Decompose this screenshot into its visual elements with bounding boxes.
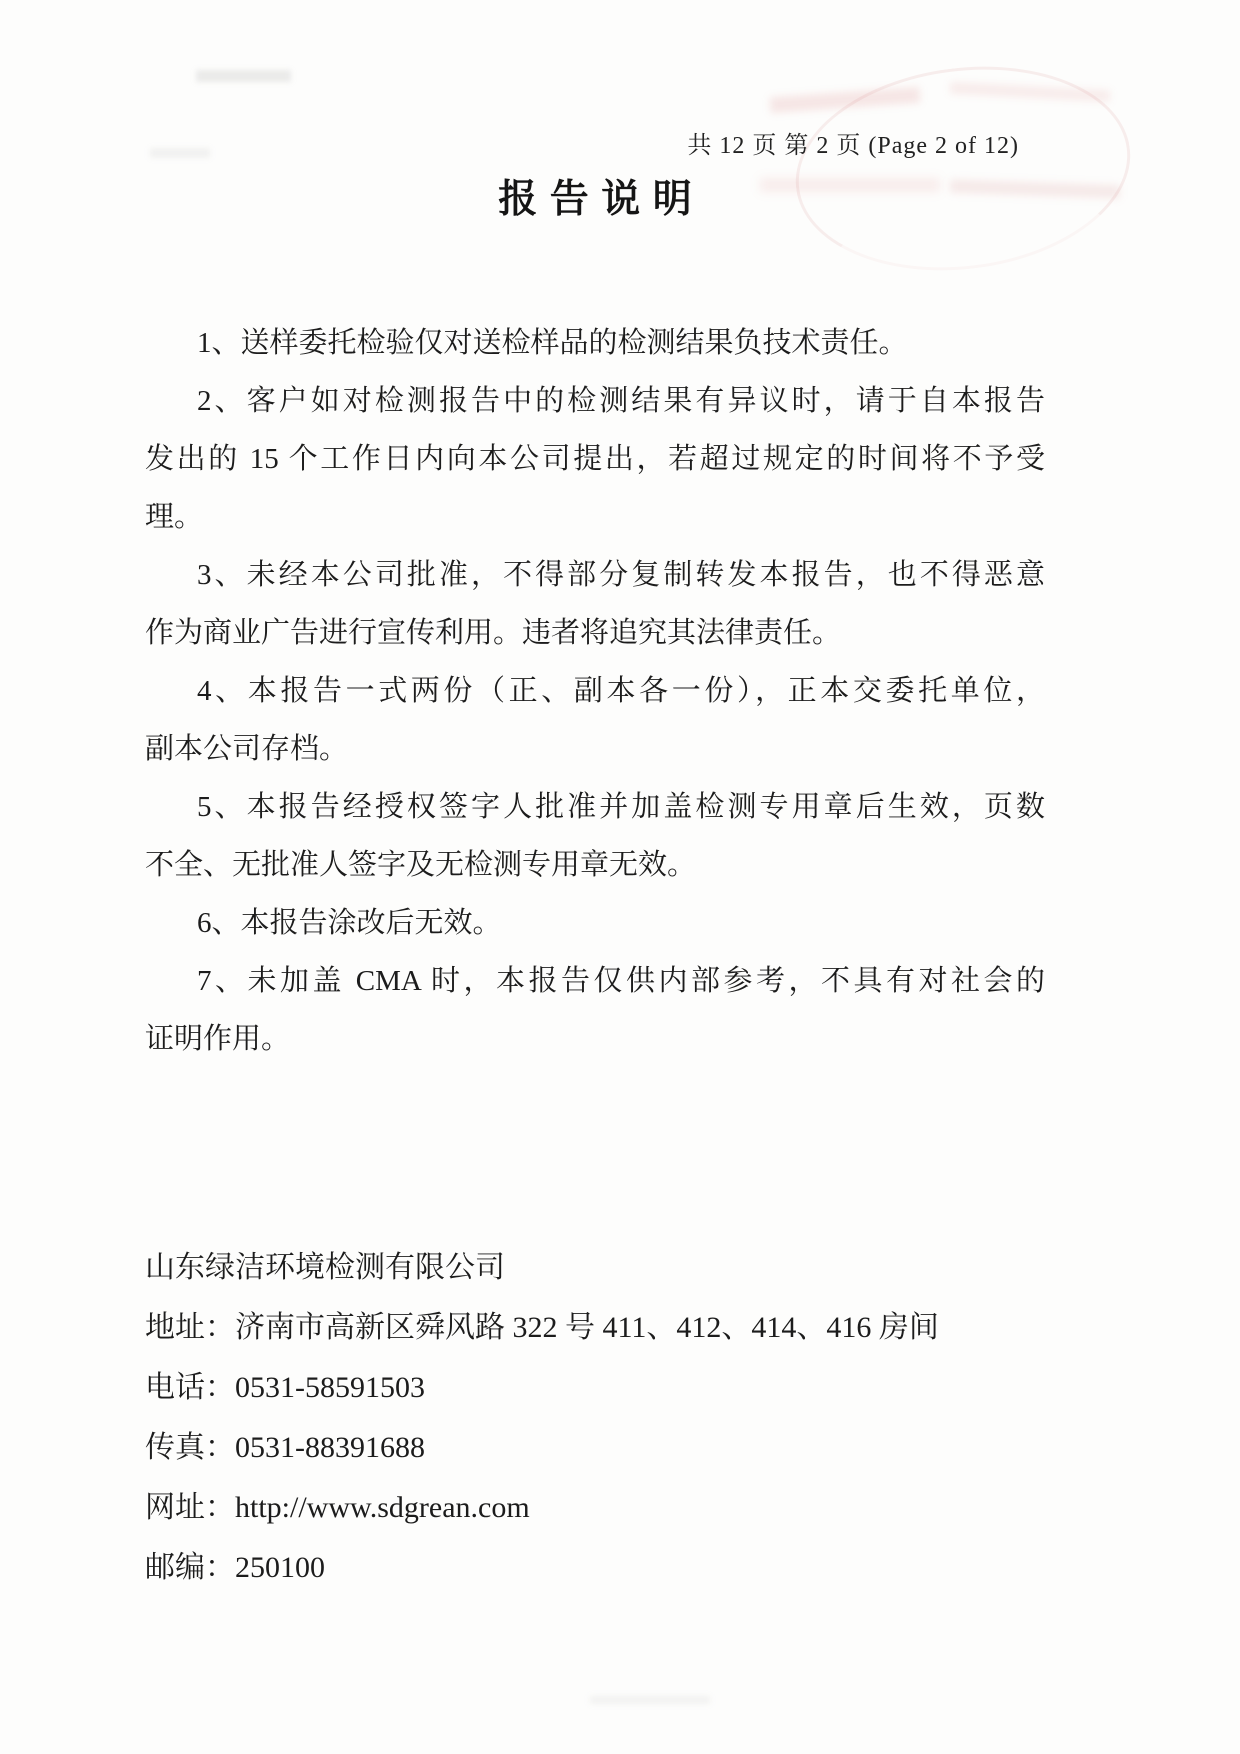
page-number: 共 12 页 第 2 页 (Page 2 of 12): [145, 130, 1045, 162]
company-address: 地址：济南市高新区舜风路 322 号 411、412、414、416 房间: [145, 1298, 1045, 1358]
note-3-line-1: 3、未经本公司批准，不得部分复制转发本报告，也不得恶意: [145, 546, 1045, 604]
note-2-line-1: 2、客户如对检测报告中的检测结果有异议时，请于自本报告: [145, 372, 1045, 430]
report-notes: 1、送样委托检验仅对送检样品的检测结果负技术责任。 2、客户如对检测报告中的检测…: [145, 314, 1045, 1068]
note-6-line-1: 6、本报告涂改后无效。: [145, 894, 1045, 952]
company-postcode: 邮编：250100: [145, 1538, 1045, 1598]
scanned-report-page: { "header": { "pagination": "共 12 页 第 2 …: [0, 0, 1240, 1754]
note-3-line-2: 作为商业广告进行宣传利用。违者将追究其法律责任。: [145, 604, 1045, 662]
company-info-block: 山东绿洁环境检测有限公司 地址：济南市高新区舜风路 322 号 411、412、…: [145, 1238, 1045, 1598]
company-name: 山东绿洁环境检测有限公司: [145, 1238, 1045, 1298]
note-2-line-2: 发出的 15 个工作日内向本公司提出，若超过规定的时间将不予受: [145, 430, 1045, 488]
note-4-line-1: 4、本报告一式两份（正、副本各一份），正本交委托单位，: [145, 662, 1045, 720]
note-1-line-1: 1、送样委托检验仅对送检样品的检测结果负技术责任。: [145, 314, 1045, 372]
note-7-line-1: 7、未加盖 CMA 时，本报告仅供内部参考，不具有对社会的: [145, 952, 1045, 1010]
company-fax: 传真：0531-88391688: [145, 1418, 1045, 1478]
note-4-line-2: 副本公司存档。: [145, 720, 1045, 778]
note-5-line-1: 5、本报告经授权签字人批准并加盖检测专用章后生效，页数: [145, 778, 1045, 836]
note-5-line-2: 不全、无批准人签字及无检测专用章无效。: [145, 836, 1045, 894]
pencil-smudge: [590, 1696, 710, 1704]
page-title: 报告说明: [145, 174, 1045, 226]
company-phone: 电话：0531-58591503: [145, 1358, 1045, 1418]
page-content: 共 12 页 第 2 页 (Page 2 of 12) 报告说明 1、送样委托检…: [145, 0, 1045, 1598]
note-2-line-3: 理。: [145, 488, 1045, 546]
company-website: 网址：http://www.sdgrean.com: [145, 1478, 1045, 1538]
note-7-line-2: 证明作用。: [145, 1010, 1045, 1068]
